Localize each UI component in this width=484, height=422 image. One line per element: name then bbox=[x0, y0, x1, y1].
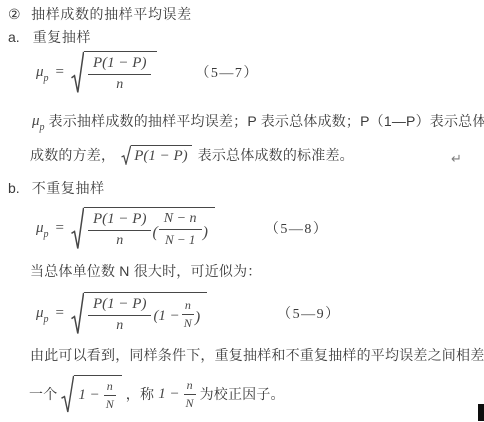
heading: ② 抽样成数的抽样平均误差 bbox=[8, 4, 192, 24]
para-a-line2: 成数的方差， P(1 − P) 表示总体成数的标准差。 bbox=[30, 145, 354, 165]
radicand-text: P(1 − P) bbox=[131, 145, 191, 165]
open-paren: ( bbox=[152, 224, 157, 242]
fraction: P(1 − P) n bbox=[88, 55, 151, 93]
para-b-line1: 由此可以看到，同样条件下，重复抽样和不重复抽样的平均误差之间相差 bbox=[30, 345, 484, 365]
fraction: P(1 − P) n bbox=[88, 296, 151, 334]
inner-fraction: n N bbox=[182, 298, 194, 331]
fraction-2: N − n N − 1 bbox=[159, 211, 202, 248]
document-page: ② 抽样成数的抽样平均误差 a. 重复抽样 μp = P(1 − P) n （5… bbox=[0, 0, 484, 422]
sqrt-radical-inline: P(1 − P) bbox=[121, 145, 191, 165]
para-a-line1-text: 表示抽样成数的抽样平均误差；P 表示总体成数；P（1—P）表示总体 bbox=[49, 111, 484, 131]
equation-number-5-8: （5—8） bbox=[265, 218, 329, 238]
heading-marker: ② bbox=[8, 6, 21, 23]
section-a-title: 重复抽样 bbox=[33, 27, 91, 47]
formula-5-8: μp = P(1 − P) n ( N − n N − 1 ) （5—8） bbox=[36, 206, 328, 250]
paragraph-return-mark: ↵ bbox=[451, 151, 462, 167]
one-minus-text: 1 − bbox=[158, 386, 179, 403]
fraction-1: P(1 − P) n bbox=[88, 211, 151, 249]
sqrt-radical: P(1 − P) n bbox=[71, 51, 157, 94]
equation-number-5-7: （5—7） bbox=[195, 62, 259, 82]
section-b-marker: b. bbox=[8, 180, 20, 196]
text-cursor-bar bbox=[478, 404, 484, 421]
approx-line: 当总体单位数 N 很大时，可近似为： bbox=[30, 261, 262, 281]
mu-p-symbol: μp bbox=[36, 64, 49, 81]
para-a-line1: μp 表示抽样成数的抽样平均误差；P 表示总体成数；P（1—P）表示总体 bbox=[32, 111, 484, 131]
para-b-line1-text: 由此可以看到，同样条件下，重复抽样和不重复抽样的平均误差之间相差 bbox=[30, 345, 484, 365]
mu-p-symbol: μp bbox=[36, 220, 49, 237]
formula-5-7: μp = P(1 − P) n （5—7） bbox=[36, 52, 259, 92]
section-b-heading: b. 不重复抽样 bbox=[8, 178, 105, 198]
equation-number-5-9: （5—9） bbox=[277, 303, 341, 323]
radical-sign-icon bbox=[71, 51, 84, 94]
heading-title: 抽样成数的抽样平均误差 bbox=[31, 4, 192, 24]
radical-sign-icon bbox=[61, 375, 74, 413]
radical-sign-icon bbox=[71, 292, 84, 335]
section-b-title: 不重复抽样 bbox=[32, 178, 105, 198]
sqrt-radical: P(1 − P) n (1 − n N ) bbox=[71, 292, 207, 335]
close-paren: ) bbox=[203, 224, 208, 242]
para-a-line2-post: 表示总体成数的标准差。 bbox=[198, 145, 354, 165]
mu-p-symbol: μp bbox=[32, 113, 45, 130]
equals-sign: = bbox=[56, 220, 64, 237]
section-a-marker: a. bbox=[8, 29, 20, 45]
mu-p-symbol: μp bbox=[36, 305, 49, 322]
paren-one-minus: (1 − bbox=[153, 308, 179, 325]
approx-line-text: 当总体单位数 N 很大时，可近似为： bbox=[30, 261, 262, 281]
para-b-line2-seg1: 一个 bbox=[29, 384, 57, 404]
equals-sign: = bbox=[56, 305, 64, 322]
formula-5-9: μp = P(1 − P) n (1 − n N ) （5—9） bbox=[36, 292, 341, 334]
correction-fraction: n N bbox=[184, 378, 196, 411]
sqrt-radical: P(1 − P) n ( N − n N − 1 ) bbox=[71, 207, 215, 250]
sqrt-radical-correction: 1 − n N bbox=[61, 375, 121, 413]
equals-sign: = bbox=[56, 64, 64, 81]
close-paren: ) bbox=[195, 309, 200, 327]
para-b-line2: 一个 1 − n N ，称 1 − n N 为校正因子。 bbox=[29, 374, 285, 414]
inner-fraction: n N bbox=[104, 379, 116, 412]
para-b-line2-seg3: 为校正因子。 bbox=[200, 384, 285, 404]
para-b-line2-seg2: ，称 bbox=[126, 384, 154, 404]
para-a-line2-pre: 成数的方差， bbox=[30, 145, 115, 165]
radical-sign-icon bbox=[121, 145, 131, 165]
radical-sign-icon bbox=[71, 207, 84, 250]
section-a-heading: a. 重复抽样 bbox=[8, 27, 91, 47]
one-minus-text: 1 − bbox=[78, 387, 99, 404]
